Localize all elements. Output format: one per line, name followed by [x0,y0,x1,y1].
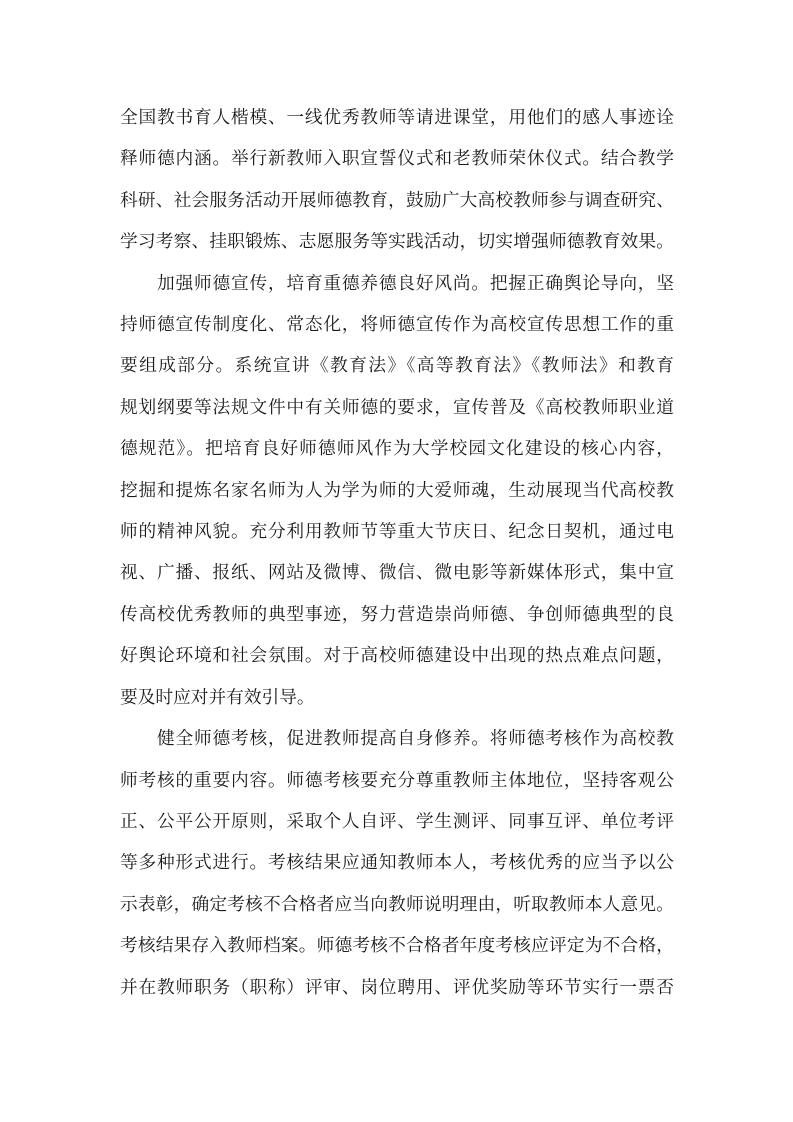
text-line: 考核结果存入教师档案。师德考核不合格者年度考核应评定为不合格， [120,925,674,966]
paragraph: 健全师德考核，促进教师提高自身修养。将师德考核作为高校教 师考核的重要内容。师德… [120,718,674,1008]
text-line: 科研、社会服务活动开展师德教育，鼓励广大高校教师参与调查研究、 [120,180,674,221]
text-line: 学习考察、挂职锻炼、志愿服务等实践活动，切实增强师德教育效果。 [120,221,674,262]
text-line: 释师德内涵。举行新教师入职宣誓仪式和老教师荣休仪式。结合教学 [120,138,674,179]
text-line: 健全师德考核，促进教师提高自身修养。将师德考核作为高校教 [120,718,674,759]
paragraph: 全国教书育人楷模、一线优秀教师等请进课堂，用他们的感人事迹诠 释师德内涵。举行新… [120,97,674,263]
text-line: 德规范》。把培育良好师德师风作为大学校园文化建设的核心内容， [120,428,674,469]
text-line: 传高校优秀教师的典型事迹，努力营造崇尚师德、争创师德典型的良 [120,594,674,635]
text-line: 持师德宣传制度化、常态化，将师德宣传作为高校宣传思想工作的重 [120,304,674,345]
text-line: 示表彰，确定考核不合格者应当向教师说明理由，听取教师本人意见。 [120,884,674,925]
text-line: 等多种形式进行。考核结果应通知教师本人，考核优秀的应当予以公 [120,842,674,883]
text-line: 加强师德宣传，培育重德养德良好风尚。把握正确舆论导向，坚 [120,263,674,304]
text-block: 全国教书育人楷模、一线优秀教师等请进课堂，用他们的感人事迹诠 释师德内涵。举行新… [120,97,674,1008]
text-line: 全国教书育人楷模、一线优秀教师等请进课堂，用他们的感人事迹诠 [120,97,674,138]
document-page: 全国教书育人楷模、一线优秀教师等请进课堂，用他们的感人事迹诠 释师德内涵。举行新… [0,0,793,1122]
text-line: 师的精神风貌。充分利用教师节等重大节庆日、纪念日契机，通过电 [120,511,674,552]
text-line: 要组成部分。系统宣讲《教育法》《高等教育法》《教师法》和教育 [120,345,674,386]
text-line: 要及时应对并有效引导。 [120,677,674,718]
text-line: 好舆论环境和社会氛围。对于高校师德建设中出现的热点难点问题， [120,635,674,676]
text-line: 正、公平公开原则，采取个人自评、学生测评、同事互评、单位考评 [120,801,674,842]
text-line: 师考核的重要内容。师德考核要充分尊重教师主体地位，坚持客观公 [120,760,674,801]
text-line: 并在教师职务（职称）评审、岗位聘用、评优奖励等环节实行一票否 [120,967,674,1008]
paragraph: 加强师德宣传，培育重德养德良好风尚。把握正确舆论导向，坚 持师德宣传制度化、常态… [120,263,674,718]
text-line: 视、广播、报纸、网站及微博、微信、微电影等新媒体形式，集中宣 [120,552,674,593]
text-line: 挖掘和提炼名家名师为人为学为师的大爱师魂，生动展现当代高校教 [120,470,674,511]
text-line: 规划纲要等法规文件中有关师德的要求，宣传普及《高校教师职业道 [120,387,674,428]
